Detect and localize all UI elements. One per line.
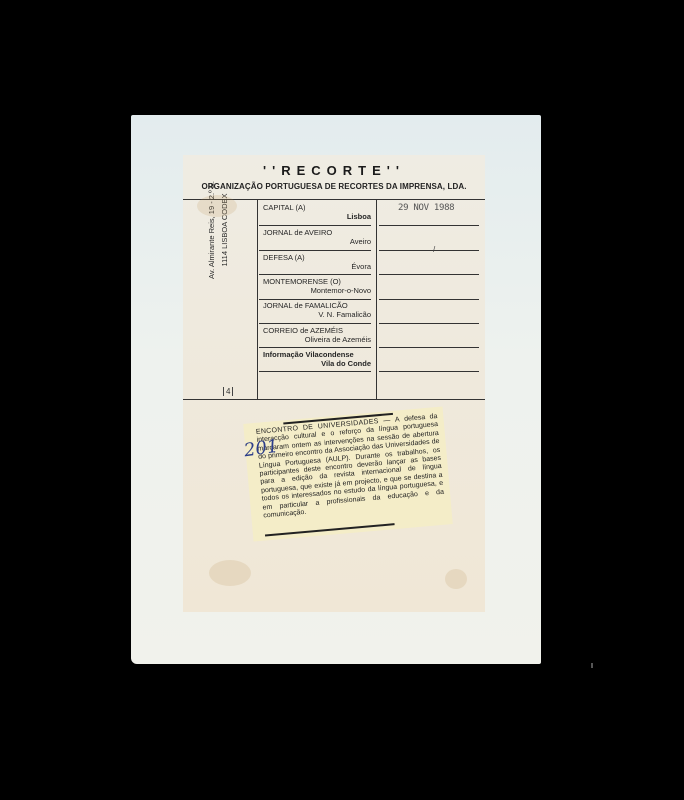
row-rule — [379, 371, 479, 372]
publication-city: V. N. Famalicão — [263, 310, 371, 319]
publication-city: Vila do Conde — [263, 359, 371, 368]
row-rule — [379, 274, 479, 275]
address-line-2: 1114 LISBOA CODEX — [218, 145, 231, 315]
publication-name: JORNAL de FAMALICÃO — [263, 301, 371, 310]
row-rule — [379, 347, 479, 348]
publication-entry: CAPITAL (A) Lisboa — [263, 203, 371, 221]
column-divider-right — [376, 199, 377, 399]
row-rule — [379, 225, 479, 226]
stain — [209, 560, 251, 586]
publication-entry: DEFESA (A) Évora — [263, 253, 371, 271]
check-mark: / — [433, 245, 435, 254]
date-stamp: 29 NOV 1988 — [398, 203, 454, 213]
footer-rule — [183, 399, 485, 400]
newspaper-clipping: ENCONTRO DE UNIVERSIDADES — A defesa da … — [243, 407, 453, 542]
publication-city: Évora — [263, 262, 371, 271]
stain — [445, 569, 467, 589]
row-rule — [379, 299, 479, 300]
page-mark: 4 — [223, 387, 233, 396]
row-rule — [259, 371, 371, 372]
row-rule — [379, 323, 479, 324]
publication-city: Aveiro — [263, 237, 371, 246]
row-rule — [259, 225, 371, 226]
scan-speck — [591, 663, 593, 668]
publication-name: CORREIO de AZEMÉIS — [263, 326, 371, 335]
publication-name: JORNAL de AVEIRO — [263, 228, 371, 237]
publication-name: Informação Vilacondense — [263, 350, 371, 359]
row-rule — [259, 347, 371, 348]
row-rule — [259, 323, 371, 324]
recorte-slip: ''RECORTE'' ORGANIZAÇÃO PORTUGUESA DE RE… — [183, 155, 485, 612]
publication-city: Oliveira de Azeméis — [263, 335, 371, 344]
publication-entry: MONTEMORENSE (O) Montemor-o-Novo — [263, 277, 371, 295]
address-line-1: Av. Almirante Reis, 19 - 2.º E. — [205, 145, 218, 315]
clipping-text: ENCONTRO DE UNIVERSIDADES — A defesa da … — [256, 413, 445, 521]
row-rule — [259, 299, 371, 300]
publication-name: CAPITAL (A) — [263, 203, 371, 212]
row-rule — [259, 274, 371, 275]
publication-name: DEFESA (A) — [263, 253, 371, 262]
publication-entry: CORREIO de AZEMÉIS Oliveira de Azeméis — [263, 326, 371, 344]
publication-name: MONTEMORENSE (O) — [263, 277, 371, 286]
publication-entry: JORNAL de FAMALICÃO V. N. Famalicão — [263, 301, 371, 319]
address-block: Av. Almirante Reis, 19 - 2.º E. 1114 LIS… — [205, 145, 241, 315]
publication-city: Montemor-o-Novo — [263, 286, 371, 295]
column-divider-left — [257, 199, 258, 399]
publication-entry: Informação Vilacondense Vila do Conde — [263, 350, 371, 368]
publication-city: Lisboa — [263, 212, 371, 221]
publication-entry: JORNAL de AVEIRO Aveiro — [263, 228, 371, 246]
row-rule — [379, 250, 479, 251]
row-rule — [259, 250, 371, 251]
stain — [197, 195, 237, 217]
